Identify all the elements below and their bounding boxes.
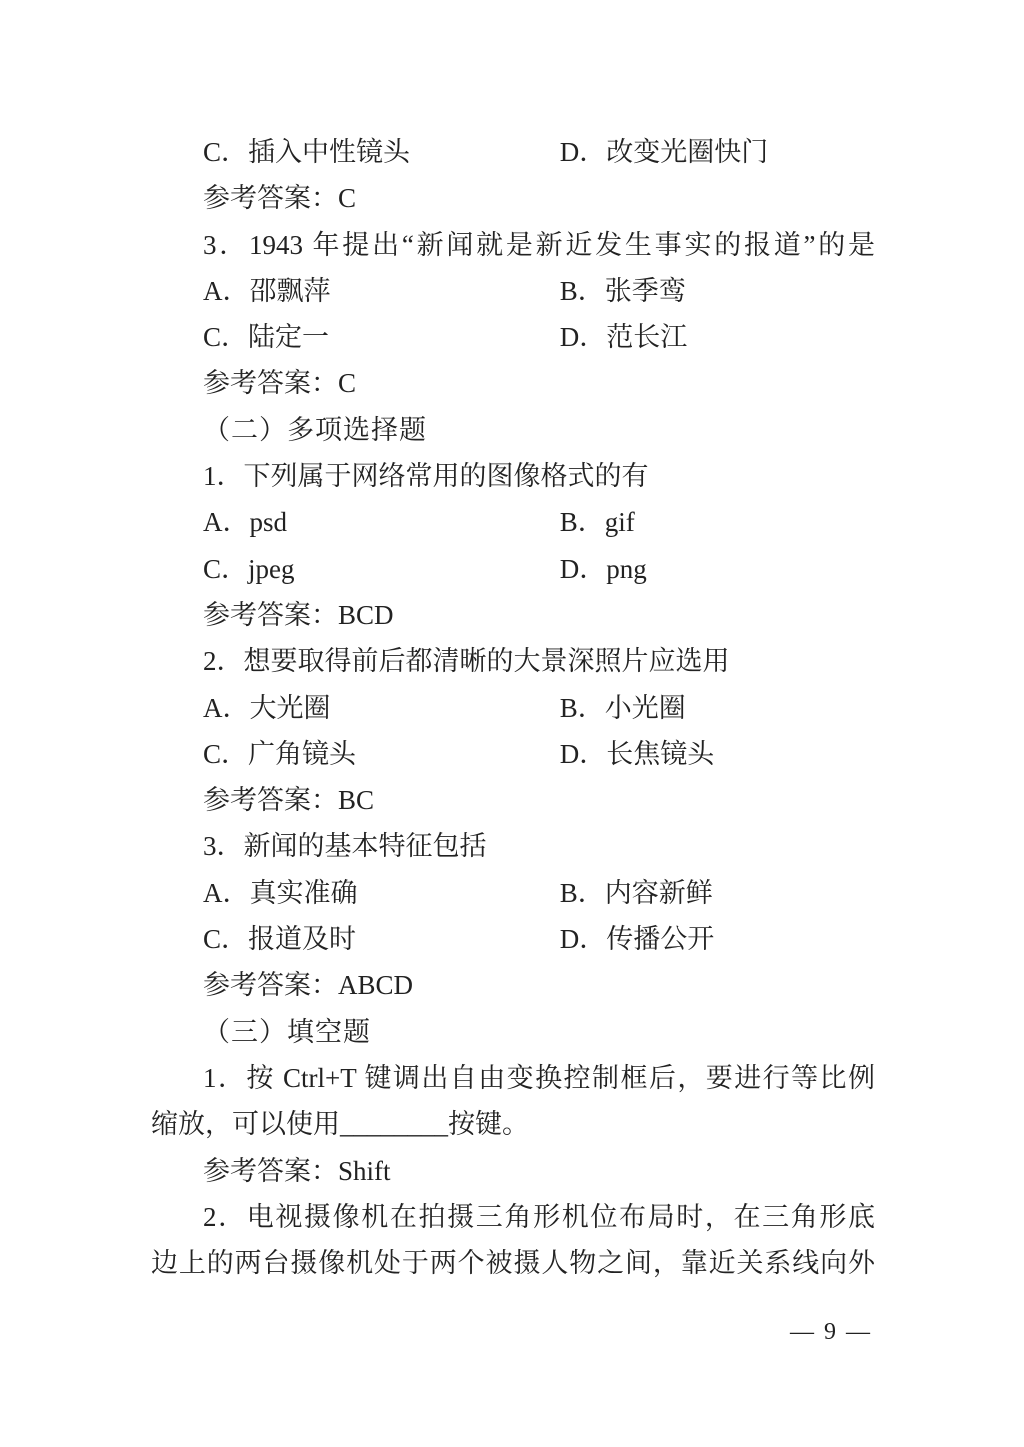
paragraph-line-with-blank: 缩放，可以使用________按键。 <box>151 1101 875 1147</box>
option-a: A．邵飘萍 <box>203 268 553 314</box>
answer-line: 参考答案：ABCD <box>151 962 875 1008</box>
document-page: C．插入中性镜头 D．改变光圈快门 参考答案：C 3．1943 年提出“新闻就是… <box>0 0 1024 1447</box>
question-line: 2．电视摄像机在拍摄三角形机位布局时，在三角形底 <box>151 1194 875 1240</box>
question-line: 2．想要取得前后都清晰的大景深照片应选用 <box>151 638 875 684</box>
question-line: 3．1943 年提出“新闻就是新近发生事实的报道”的是 <box>151 222 875 268</box>
option-c: C．陆定一 <box>203 314 553 360</box>
option-a: A．大光圈 <box>203 685 553 731</box>
option-a: A．真实准确 <box>203 870 553 916</box>
question-line: 3．新闻的基本特征包括 <box>151 823 875 869</box>
section-heading: （二）多项选择题 <box>151 407 875 453</box>
options-row: A．大光圈 B．小光圈 <box>151 685 875 731</box>
question-line: 1．按 Ctrl+T 键调出自由变换控制框后，要进行等比例 <box>151 1055 875 1101</box>
answer-line: 参考答案：C <box>151 360 875 406</box>
options-row: A．真实准确 B．内容新鲜 <box>151 870 875 916</box>
page-number: — 9 — <box>790 1309 872 1355</box>
option-a: A．psd <box>203 499 553 545</box>
answer-line: 参考答案：BCD <box>151 592 875 638</box>
options-row: C．插入中性镜头 D．改变光圈快门 <box>151 129 875 175</box>
option-d: D．传播公开 <box>560 916 715 962</box>
option-c: C．广角镜头 <box>203 731 553 777</box>
option-b: B．张季鸾 <box>560 268 686 314</box>
option-d: D．范长江 <box>560 314 688 360</box>
answer-line: 参考答案：Shift <box>151 1148 875 1194</box>
option-d: D．改变光圈快门 <box>560 129 769 175</box>
options-row: C．陆定一 D．范长江 <box>151 314 875 360</box>
document-body: C．插入中性镜头 D．改变光圈快门 参考答案：C 3．1943 年提出“新闻就是… <box>151 129 875 1286</box>
section-heading: （三）填空题 <box>151 1009 875 1055</box>
options-row: C．广角镜头 D．长焦镜头 <box>151 731 875 777</box>
answer-line: 参考答案：BC <box>151 777 875 823</box>
options-row: C．报道及时 D．传播公开 <box>151 916 875 962</box>
option-b: B．内容新鲜 <box>560 870 713 916</box>
option-c: C．插入中性镜头 <box>203 129 553 175</box>
answer-line: 参考答案：C <box>151 175 875 221</box>
option-d: D．长焦镜头 <box>560 731 715 777</box>
paragraph-line: 边上的两台摄像机处于两个被摄人物之间，靠近关系线向外 <box>151 1240 875 1286</box>
option-c: C．jpeg <box>203 546 553 592</box>
option-c: C．报道及时 <box>203 916 553 962</box>
option-b: B．小光圈 <box>560 685 686 731</box>
option-b: B．gif <box>560 499 635 545</box>
question-line: 1．下列属于网络常用的图像格式的有 <box>151 453 875 499</box>
option-d: D．png <box>560 546 647 592</box>
options-row: A．psd B．gif <box>151 499 875 545</box>
options-row: A．邵飘萍 B．张季鸾 <box>151 268 875 314</box>
options-row: C．jpeg D．png <box>151 546 875 592</box>
